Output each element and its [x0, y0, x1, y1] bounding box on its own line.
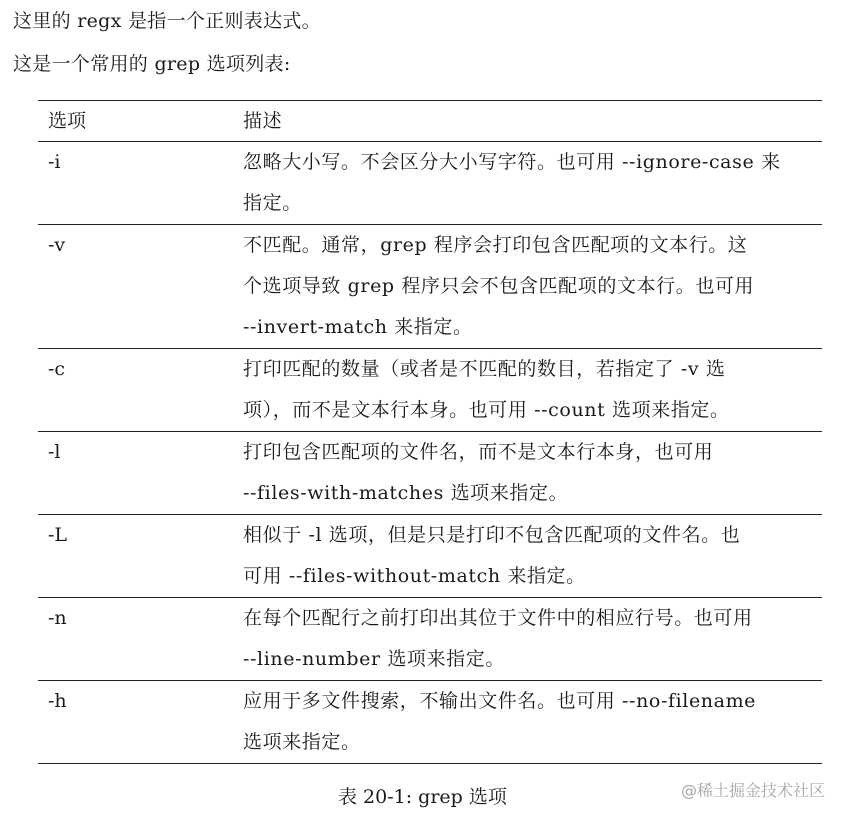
- description-cell: 相似于 -l 选项，但是只是打印不包含匹配项的文件名。也 可用 --files-…: [243, 515, 822, 597]
- header-option: 选项: [38, 101, 243, 141]
- option-cell: -i: [38, 142, 243, 224]
- description-line: 相似于 -l 选项，但是只是打印不包含匹配项的文件名。也: [243, 515, 822, 556]
- description-cell: 打印包含匹配项的文件名，而不是文本行本身，也可用 --files-with-ma…: [243, 432, 822, 514]
- table-header-row: 选项 描述: [38, 101, 822, 141]
- option-cell: -h: [38, 681, 243, 763]
- table-row: -L 相似于 -l 选项，但是只是打印不包含匹配项的文件名。也 可用 --fil…: [38, 514, 822, 597]
- table-row: -v 不匹配。通常，grep 程序会打印包含匹配项的文本行。这 个选项导致 gr…: [38, 224, 822, 348]
- option-cell: -l: [38, 432, 243, 514]
- description-line: 应用于多文件搜索，不输出文件名。也可用 --no-filename: [243, 681, 822, 722]
- description-line: 不匹配。通常，grep 程序会打印包含匹配项的文本行。这: [243, 225, 822, 266]
- option-cell: -v: [38, 225, 243, 348]
- header-description: 描述: [243, 101, 822, 141]
- table-row: -h 应用于多文件搜索，不输出文件名。也可用 --no-filename 选项来…: [38, 680, 822, 763]
- description-cell: 在每个匹配行之前打印出其位于文件中的相应行号。也可用 --line-number…: [243, 598, 822, 680]
- option-cell: -c: [38, 349, 243, 431]
- table-row: -c 打印匹配的数量（或者是不匹配的数目，若指定了 -v 选 项），而不是文本行…: [38, 348, 822, 431]
- description-line: 项），而不是文本行本身。也可用 --count 选项来指定。: [243, 390, 822, 431]
- watermark: @稀土掘金技术社区: [681, 781, 825, 801]
- description-line: --files-with-matches 选项来指定。: [243, 473, 822, 514]
- intro-paragraph-regx: 这里的 regx 是指一个正则表达式。: [13, 9, 321, 33]
- description-cell: 打印匹配的数量（或者是不匹配的数目，若指定了 -v 选 项），而不是文本行本身。…: [243, 349, 822, 431]
- table-row: -i 忽略大小写。不会区分大小写字符。也可用 --ignore-case 来 指…: [38, 141, 822, 224]
- description-cell: 应用于多文件搜索，不输出文件名。也可用 --no-filename 选项来指定。: [243, 681, 822, 763]
- intro-paragraph-option-list: 这是一个常用的 grep 选项列表:: [13, 52, 291, 76]
- option-cell: -L: [38, 515, 243, 597]
- description-cell: 忽略大小写。不会区分大小写字符。也可用 --ignore-case 来 指定。: [243, 142, 822, 224]
- description-line: 指定。: [243, 183, 822, 224]
- description-line: --invert-match 来指定。: [243, 307, 822, 348]
- description-line: --line-number 选项来指定。: [243, 639, 822, 680]
- description-line: 忽略大小写。不会区分大小写字符。也可用 --ignore-case 来: [243, 142, 822, 183]
- description-line: 在每个匹配行之前打印出其位于文件中的相应行号。也可用: [243, 598, 822, 639]
- description-line: 打印匹配的数量（或者是不匹配的数目，若指定了 -v 选: [243, 349, 822, 390]
- grep-options-table: 选项 描述 -i 忽略大小写。不会区分大小写字符。也可用 --ignore-ca…: [38, 100, 822, 764]
- description-line: 打印包含匹配项的文件名，而不是文本行本身，也可用: [243, 432, 822, 473]
- table-row: -l 打印包含匹配项的文件名，而不是文本行本身，也可用 --files-with…: [38, 431, 822, 514]
- description-line: 选项来指定。: [243, 722, 822, 763]
- description-cell: 不匹配。通常，grep 程序会打印包含匹配项的文本行。这 个选项导致 grep …: [243, 225, 822, 348]
- option-cell: -n: [38, 598, 243, 680]
- description-line: 可用 --files-without-match 来指定。: [243, 556, 822, 597]
- table-caption: 表 20-1: grep 选项: [338, 785, 507, 809]
- table-row: -n 在每个匹配行之前打印出其位于文件中的相应行号。也可用 --line-num…: [38, 597, 822, 680]
- description-line: 个选项导致 grep 程序只会不包含匹配项的文本行。也可用: [243, 266, 822, 307]
